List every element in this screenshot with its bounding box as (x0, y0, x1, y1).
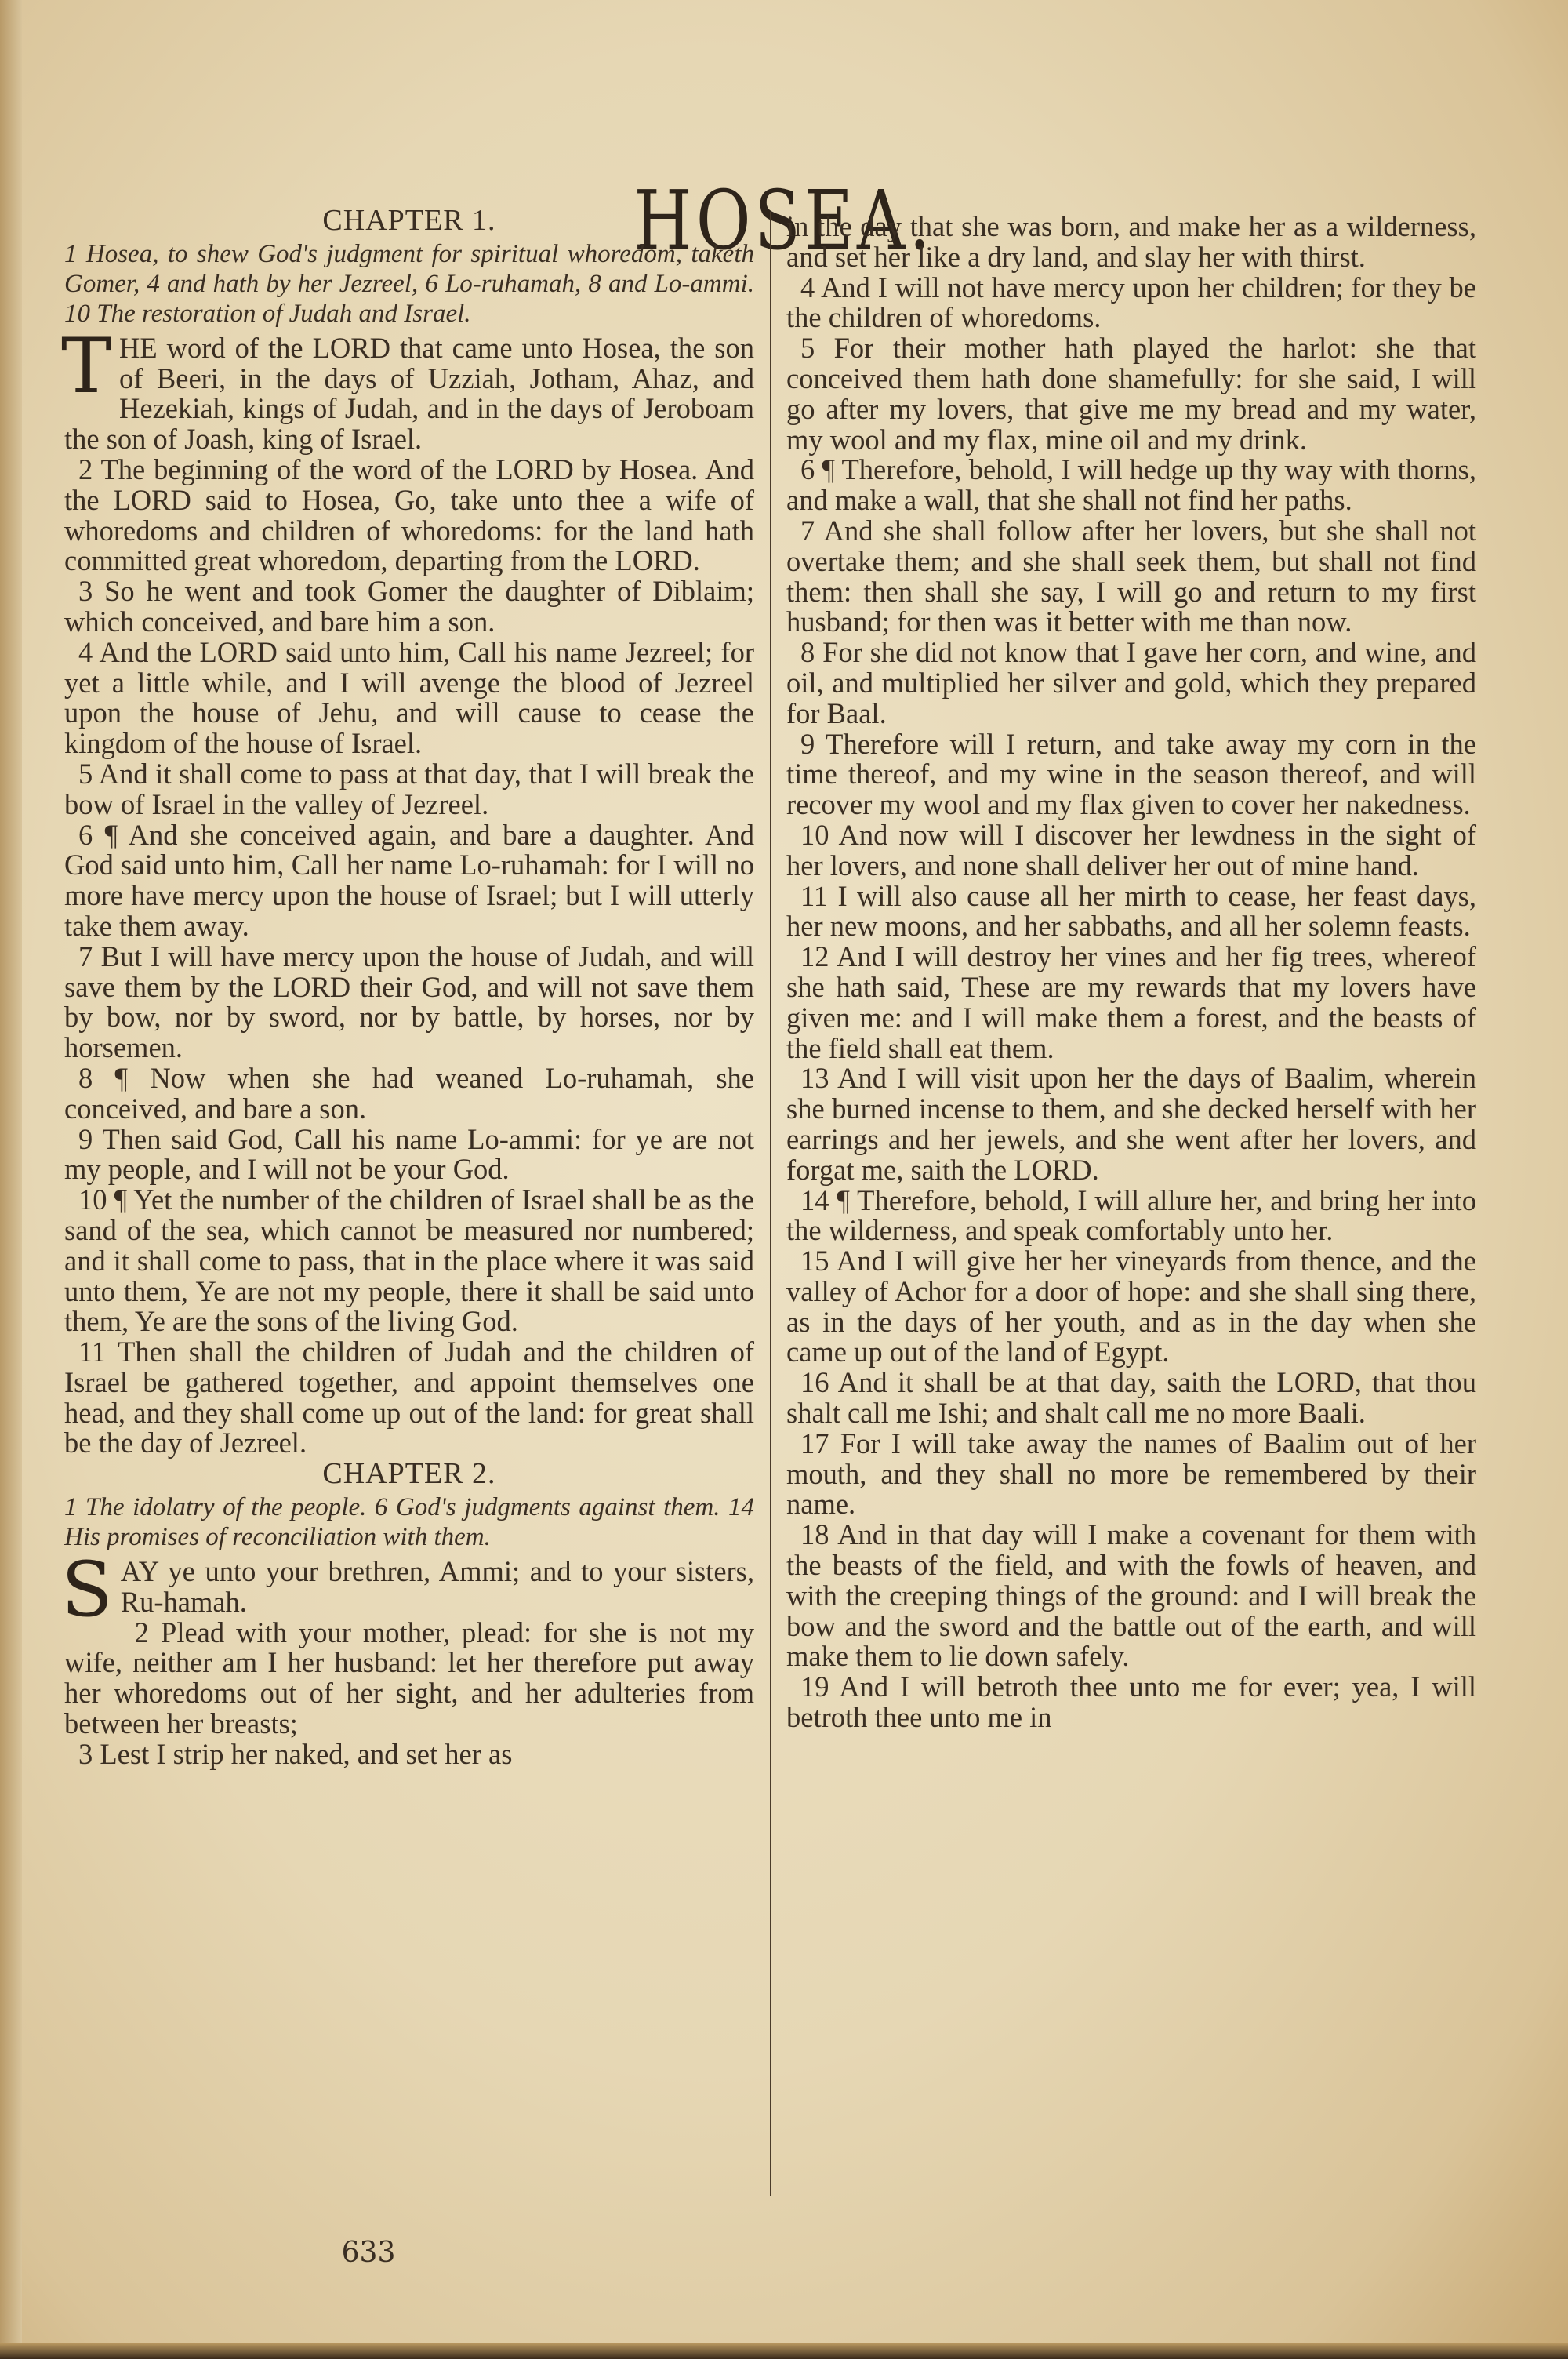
verse: 8 For she did not know that I gave her c… (786, 638, 1476, 729)
verse: 7 And she shall follow after her lovers,… (786, 516, 1476, 638)
verse: 17 For I will take away the names of Baa… (786, 1429, 1476, 1520)
verse: 10 ¶ Yet the number of the children of I… (64, 1185, 754, 1337)
verse: 4 And the LORD said unto him, Call his n… (64, 638, 754, 759)
verse: 3 Lest I strip her naked, and set her as (64, 1739, 754, 1770)
verse: 10 And now will I discover her lewdness … (786, 820, 1476, 881)
verse: 18 And in that day will I make a covenan… (786, 1520, 1476, 1672)
verse: 14 ¶ Therefore, behold, I will allure he… (786, 1186, 1476, 1247)
verse: 19 And I will betroth thee unto me for e… (786, 1672, 1476, 1733)
verse: in the day that she was born, and make h… (786, 212, 1476, 273)
chapter-1-summary: 1 Hosea, to shew God's judgment for spir… (64, 239, 754, 329)
verse: HE word of the LORD that came unto Hosea… (64, 333, 754, 455)
verse: 3 So he went and took Gomer the daughter… (64, 576, 754, 638)
page-bottom-edge (0, 2343, 1568, 2359)
verse: 4 And I will not have mercy upon her chi… (786, 273, 1476, 334)
verse: 5 For their mother hath played the harlo… (786, 333, 1476, 455)
chapter-2-summary: 1 The idolatry of the people. 6 God's ju… (64, 1492, 754, 1552)
right-column: in the day that she was born, and make h… (786, 212, 1476, 1733)
verse: 11 Then shall the children of Judah and … (64, 1337, 754, 1459)
chapter-1-heading: CHAPTER 1. (64, 205, 754, 236)
verse: 7 But I will have mercy upon the house o… (64, 942, 754, 1063)
verse: 6 ¶ Therefore, behold, I will hedge up t… (786, 455, 1476, 516)
verse: 6 ¶ And she conceived again, and bare a … (64, 820, 754, 942)
verse: 12 And I will destroy her vines and her … (786, 942, 1476, 1063)
verse: 8 ¶ Now when she had weaned Lo-ruhamah, … (64, 1063, 754, 1125)
verse: 13 And I will visit upon her the days of… (786, 1063, 1476, 1185)
verse: 5 And it shall come to pass at that day,… (64, 759, 754, 820)
verse: 16 And it shall be at that day, saith th… (786, 1368, 1476, 1429)
page-number: 633 (329, 2237, 408, 2269)
column-divider (770, 212, 771, 2196)
verse: 15 And I will give her her vineyards fro… (786, 1246, 1476, 1368)
verse: AY ye unto your brethren, Ammi; and to y… (64, 1557, 754, 1618)
verse: 2 Plead with your mother, plead: for she… (64, 1618, 754, 1739)
dropcap-t: T (61, 336, 111, 396)
verse: 11 I will also cause all her mirth to ce… (786, 881, 1476, 943)
page-edge (0, 0, 22, 2359)
verse: 2 The beginning of the word of the LORD … (64, 455, 754, 576)
left-column: CHAPTER 1. 1 Hosea, to shew God's judgme… (64, 205, 754, 1770)
verse: 9 Then said God, Call his name Lo-ammi: … (64, 1125, 754, 1186)
chapter-2-heading: CHAPTER 2. (64, 1459, 754, 1489)
dropcap-s: S (61, 1560, 113, 1619)
verse: 9 Therefore will I return, and take away… (786, 729, 1476, 820)
